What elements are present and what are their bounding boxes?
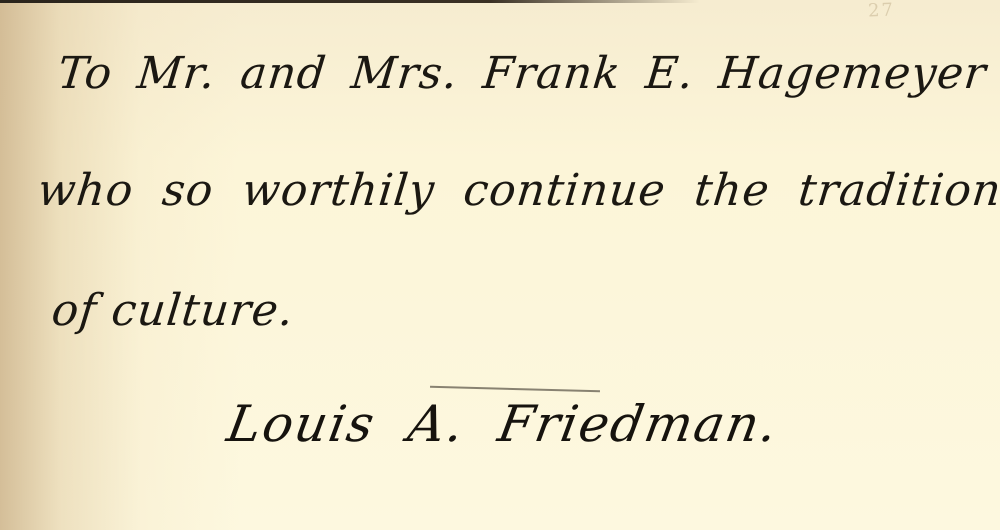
signature-flourish	[430, 386, 600, 392]
signature: Louis A. Friedman.	[223, 395, 784, 453]
inscription-line-1: To Mr. and Mrs. Frank E. Hagemeyer	[55, 48, 989, 99]
inscription-line-3: of culture.	[49, 285, 296, 336]
top-edge-shadow	[0, 0, 700, 3]
inscription-line-2: who so worthily continue the tradition	[35, 165, 1000, 216]
corner-pencil-mark: 27	[868, 0, 896, 21]
inscription-page: 27 To Mr. and Mrs. Frank E. Hagemeyer wh…	[0, 0, 1000, 530]
